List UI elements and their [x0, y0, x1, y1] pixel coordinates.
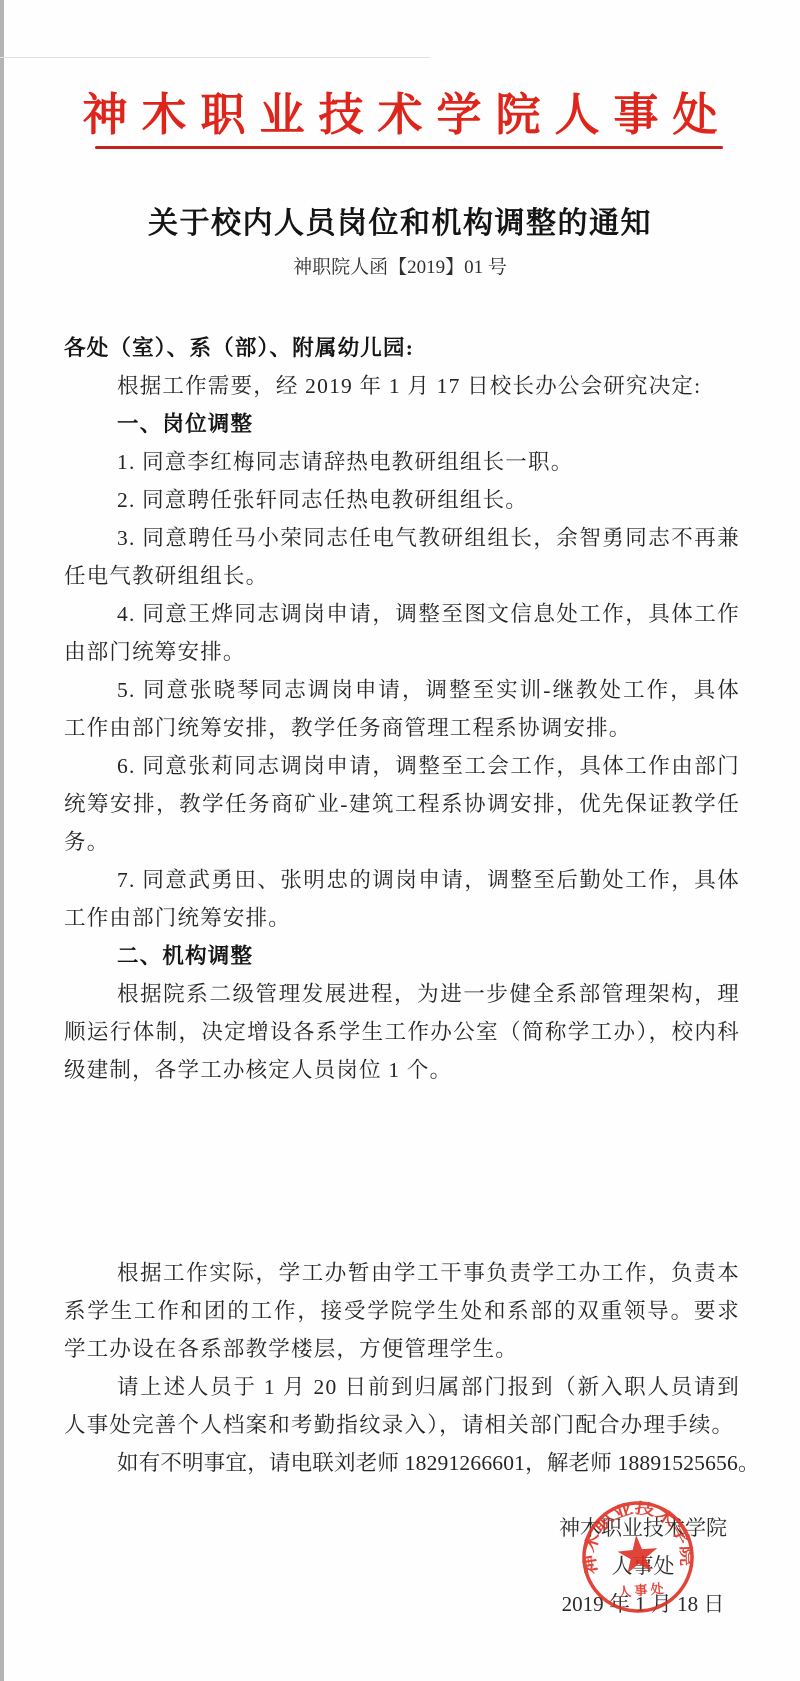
contact-line: 如有不明事宜，请电联刘老师 18291266601，解老师 1889152565…: [64, 1444, 740, 1482]
red-star-icon: [616, 1533, 659, 1574]
stamp-bottom-text: 人 事 处: [618, 1581, 665, 1600]
section2-paragraph: 根据院系二级管理发展进程，为进一步健全系部管理架构，理顺运行体制，决定增设各系学…: [64, 975, 740, 1089]
section1-heading: 一、岗位调整: [64, 405, 740, 443]
document-page: 神木职业技术学院人事处 关于校内人员岗位和机构调整的通知 神职院人函【2019】…: [0, 0, 800, 1681]
section1-item: 4. 同意王烨同志调岗申请，调整至图文信息处工作，具体工作由部门统筹安排。: [64, 595, 740, 671]
closing-paragraph: 请上述人员于 1 月 20 日前到归属部门报到（新入职人员请到人事处完善个人档案…: [64, 1368, 740, 1444]
section1-item: 3. 同意聘任马小荣同志任电气教研组组长，余智勇同志不再兼任电气教研组组长。: [64, 519, 740, 595]
salutation: 各处（室）、系（部）、附属幼儿园:: [64, 329, 740, 367]
closing-paragraph: 根据工作实际，学工办暂由学工干事负责学工办工作，负责本系学生工作和团的工作，接受…: [64, 1254, 740, 1368]
letterhead-divider: [95, 146, 723, 149]
section1-item: 6. 同意张莉同志调岗申请，调整至工会工作，具体工作由部门统筹安排，教学任务商矿…: [64, 747, 740, 861]
letterhead-org-name: 神木职业技术学院人事处: [0, 78, 800, 143]
intro-paragraph: 根据工作需要，经 2019 年 1 月 17 日校长办公会研究决定:: [64, 367, 740, 405]
section1-item: 2. 同意聘任张轩同志任热电教研组组长。: [64, 481, 740, 519]
section1-item: 1. 同意李红梅同志请辞热电教研组组长一职。: [64, 443, 740, 481]
section1-item: 7. 同意武勇田、张明忠的调岗申请，调整至后勤处工作，具体工作由部门统筹安排。: [64, 861, 740, 937]
section2-heading: 二、机构调整: [64, 937, 740, 975]
section1-item: 5. 同意张晓琴同志调岗申请，调整至实训-继教处工作，具体工作由部门统筹安排，教…: [64, 671, 740, 747]
document-title: 关于校内人员岗位和机构调整的通知: [0, 198, 800, 242]
scan-edge-top: [0, 57, 430, 58]
official-seal-stamp: 神木职业技术学院 人 事 处: [568, 1487, 709, 1628]
document-number: 神职院人函【2019】01 号: [0, 252, 800, 279]
document-body: 各处（室）、系（部）、附属幼儿园: 根据工作需要，经 2019 年 1 月 17…: [64, 329, 740, 1482]
